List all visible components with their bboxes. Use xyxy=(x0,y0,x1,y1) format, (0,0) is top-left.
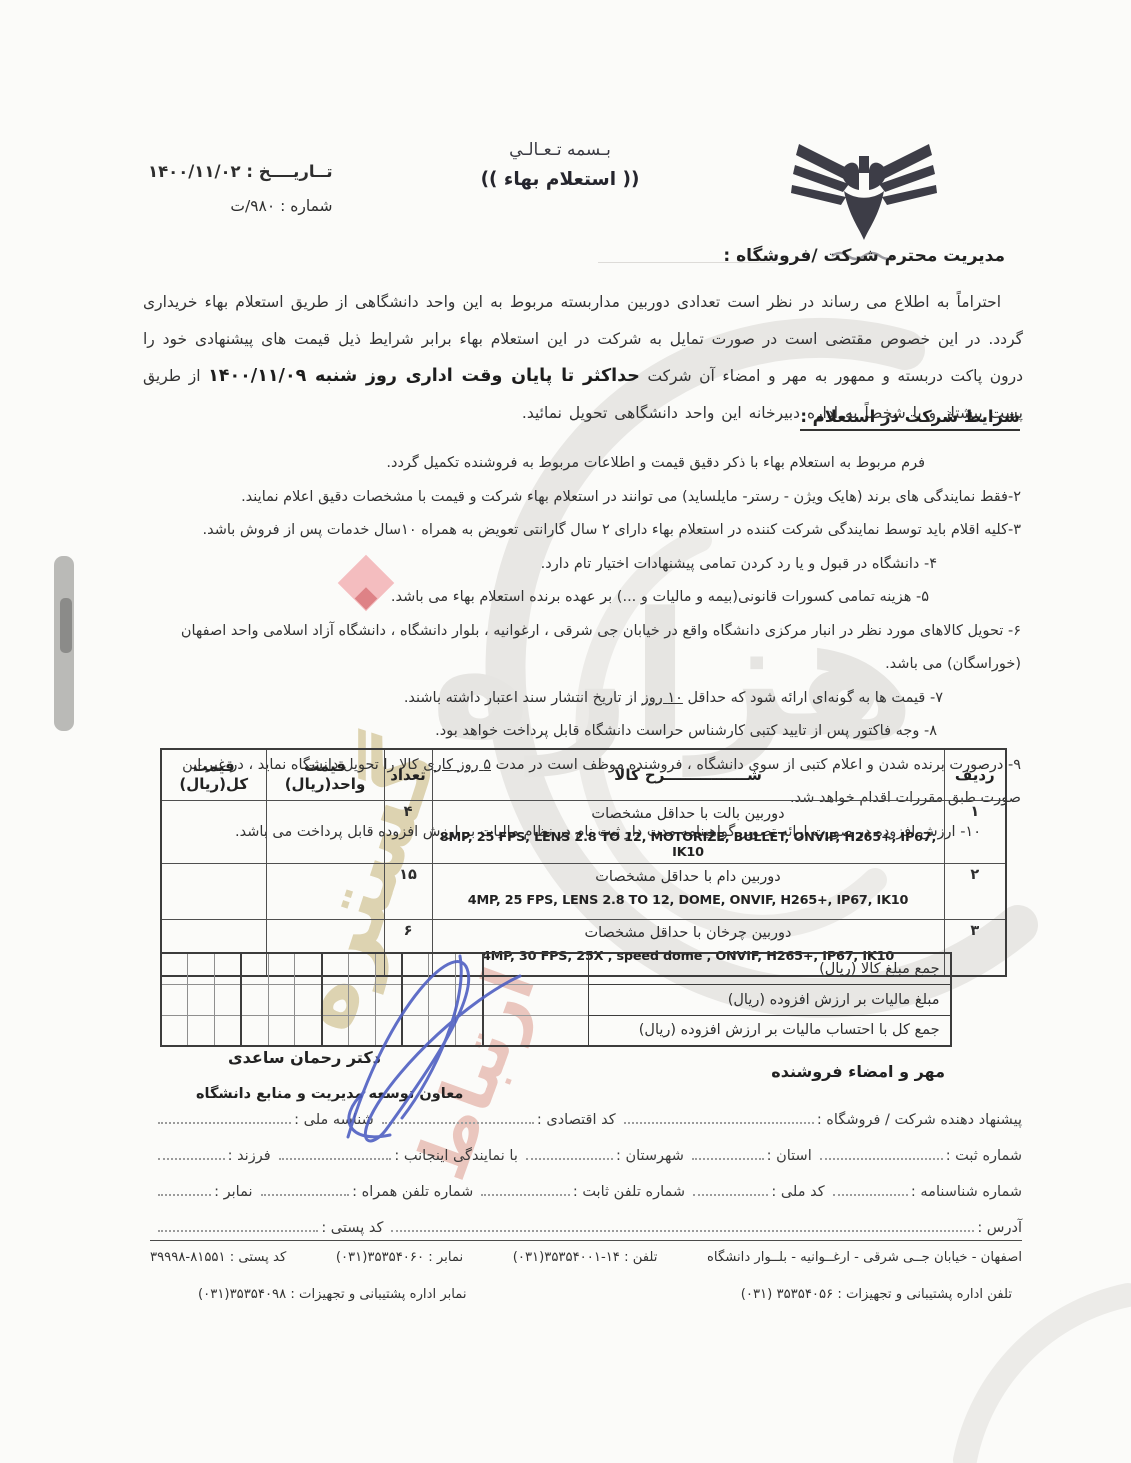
letter-heading: بـسمه تـعـالـي (( استعلام بهاء )) xyxy=(400,140,720,190)
amount-digit-cell[interactable] xyxy=(188,1015,215,1046)
form-field-blank[interactable] xyxy=(820,1154,943,1160)
footer-support-phone: تلفن اداره پشتیبانی و تجهیزات : ۳۵۳۵۴۰۵۶… xyxy=(741,1287,1012,1302)
besmele-text: بـسمه تـعـالـي xyxy=(400,140,720,160)
form-field-label: شماره تلفن همراه : xyxy=(352,1184,473,1200)
column-header-quantity: تعداد xyxy=(384,749,432,801)
form-field-label: شماره ثبت : xyxy=(946,1148,1022,1164)
addressee-line: مدیریت محترم شرکت /فروشگاه : xyxy=(723,246,1005,266)
letter-meta: تــاريــــخ : ۱۴۰۰/۱۱/۰۲ شماره : ۹۸۰/ت xyxy=(148,162,333,215)
letter-date: تــاريــــخ : ۱۴۰۰/۱۱/۰۲ xyxy=(148,162,333,181)
form-field-label: شهرستان : xyxy=(616,1148,684,1164)
total-price-blank[interactable] xyxy=(161,864,266,920)
row-number: ۳ xyxy=(944,920,1006,976)
amount-digit-cell[interactable] xyxy=(215,1015,242,1046)
form-field-blank[interactable] xyxy=(158,1118,291,1124)
condition-item: ۶- تحویل کالاهای مورد نظر در انبار مرکزی… xyxy=(143,615,1021,682)
condition-item: ۸- وجه فاکتور پس از تایید کتبی کارشناس ح… xyxy=(143,715,1021,749)
amount-digit-cell[interactable] xyxy=(241,953,268,984)
form-line: شماره شناسنامه :کد ملی :شماره تلفن ثابت … xyxy=(150,1174,1022,1200)
column-header-description: شــــــــــــــــرح کالا xyxy=(432,749,944,801)
amount-digit-cell[interactable] xyxy=(161,984,188,1015)
amount-digit-cell[interactable] xyxy=(268,984,295,1015)
addressee-blank-rule xyxy=(598,262,778,263)
footer-support-fax: نمابر اداره پشتیبانی و تجهیزات : ۳۵۳۵۴۰۹… xyxy=(198,1287,467,1302)
items-table-header: ردیفشــــــــــــــــرح کالاتعدادقیمت وا… xyxy=(161,749,1006,801)
amount-digit-cell[interactable] xyxy=(268,953,295,984)
conditions-title: شرایط شرکت در استعلام : xyxy=(800,407,1020,431)
letter-number: شماره : ۹۸۰/ت xyxy=(148,197,333,215)
signature-ink xyxy=(318,942,598,1157)
column-header-unit-price: قیمت واحد(ریال) xyxy=(266,749,384,801)
condition-item: ۷- قیمت ها به گونه‌ای ارائه شود که حداقل… xyxy=(143,682,1021,716)
total-row-label: جمع مبلغ کالا (ریال) xyxy=(589,953,951,984)
footer-support-line: تلفن اداره پشتیبانی و تجهیزات : ۳۵۳۵۴۰۵۶… xyxy=(150,1287,1022,1302)
total-price-blank[interactable] xyxy=(161,801,266,864)
item-quantity: ۴ xyxy=(384,801,432,864)
amount-digit-cell[interactable] xyxy=(161,1015,188,1046)
footer-fax: نمابر : ۳۵۳۵۴۰۶۰(۰۳۱) xyxy=(336,1250,463,1265)
condition-item: ۵- هزینه تمامی کسورات قانونی(بیمه و مالی… xyxy=(143,581,1021,615)
form-field-blank[interactable] xyxy=(158,1190,211,1196)
form-field-blank[interactable] xyxy=(261,1190,350,1196)
amount-digit-cell[interactable] xyxy=(241,1015,268,1046)
row-number: ۲ xyxy=(944,864,1006,920)
form-field-label: نمابر : xyxy=(214,1184,252,1200)
form-field-blank[interactable] xyxy=(158,1154,225,1160)
form-field-blank[interactable] xyxy=(624,1118,814,1124)
form-field-label: کد ملی : xyxy=(771,1184,824,1200)
column-header-total-price: قیمت کل(ریال) xyxy=(161,749,266,801)
form-field-blank[interactable] xyxy=(158,1226,318,1232)
condition-item: ۲-فقط نمایندگی های برند (هایک ویژن - رست… xyxy=(143,481,1021,515)
amount-digit-cell[interactable] xyxy=(161,953,188,984)
form-field-label: استان : xyxy=(767,1148,812,1164)
form-line: آدرس :کد پستی : xyxy=(150,1210,1022,1236)
form-field-blank[interactable] xyxy=(692,1154,764,1160)
footer-postal-code: کد پستی : ۸۱۵۵۱-۳۹۹۹۸ xyxy=(150,1250,286,1265)
item-description: دوربین بالت با حداقل مشخصات8MP, 25 FPS, … xyxy=(432,801,944,864)
seller-seal-label: مهر و امضاء فروشنده xyxy=(771,1062,945,1081)
footer-address: اصفهان - خیابان جــی شرقی - ارغــوانیه -… xyxy=(707,1250,1022,1265)
footer-phone: تلفن : ۱۴-۳۵۳۵۴۰۰۱(۰۳۱) xyxy=(513,1250,658,1265)
item-title: دوربین دام با حداقل مشخصات xyxy=(437,867,940,885)
item-description: دوربین دام با حداقل مشخصات4MP, 25 FPS, L… xyxy=(432,864,944,920)
document-title: (( استعلام بهاء )) xyxy=(400,169,720,190)
unit-price-blank[interactable] xyxy=(266,801,384,864)
amount-digit-cell[interactable] xyxy=(188,953,215,984)
scanned-letter-page: هزاره گستره ارتباط تــاريــــخ : ۱۴۰۰/۱۱… xyxy=(0,0,1131,1463)
form-field-blank[interactable] xyxy=(391,1226,974,1232)
form-field-blank[interactable] xyxy=(833,1190,908,1196)
condition-item: ۳-کلیه اقلام باید توسط نمایندگی شرکت کنن… xyxy=(143,514,1021,548)
form-field-label: پیشنهاد دهنده شرکت / فروشگاه : xyxy=(817,1112,1022,1128)
amount-digit-cell[interactable] xyxy=(188,984,215,1015)
item-spec: 8MP, 25 FPS, LENS 2.8 TO 12, MOTORIZE, B… xyxy=(437,830,940,860)
total-row-label: جمع کل با احتساب مالیات بر ارزش افزوده (… xyxy=(589,1015,951,1046)
form-field-label: کد پستی : xyxy=(321,1220,383,1236)
form-field-label: شماره تلفن ثابت : xyxy=(573,1184,685,1200)
form-field-label: شماره شناسنامه : xyxy=(911,1184,1022,1200)
item-title: دوربین چرخان با حداقل مشخصات xyxy=(437,923,940,941)
amount-digit-cell[interactable] xyxy=(215,984,242,1015)
condition-item: فرم مربوط به استعلام بهاء با ذکر دقیق قی… xyxy=(143,447,1021,481)
row-number: ۱ xyxy=(944,801,1006,864)
unit-price-blank[interactable] xyxy=(266,864,384,920)
footer-divider xyxy=(150,1240,1022,1241)
footer-address-line: اصفهان - خیابان جــی شرقی - ارغــوانیه -… xyxy=(150,1250,1022,1265)
condition-item: ۴- دانشگاه در قبول و یا رد کردن تمامی پی… xyxy=(143,548,1021,582)
item-spec: 4MP, 25 FPS, LENS 2.8 TO 12, DOME, ONVIF… xyxy=(437,893,940,908)
item-row: ۲دوربین دام با حداقل مشخصات4MP, 25 FPS, … xyxy=(161,864,1006,920)
form-field-label: آدرس : xyxy=(977,1220,1022,1236)
item-title: دوربین بالت با حداقل مشخصات xyxy=(437,804,940,822)
deadline-text: حداکثر تا پایان وقت اداری روز شنبه ۱۴۰۰/… xyxy=(208,366,640,386)
column-header-row: ردیف xyxy=(944,749,1006,801)
item-row: ۱دوربین بالت با حداقل مشخصات8MP, 25 FPS,… xyxy=(161,801,1006,864)
total-row-label: مبلغ مالیات بر ارزش افزوده (ریال) xyxy=(589,984,951,1015)
amount-digit-cell[interactable] xyxy=(241,984,268,1015)
form-field-blank[interactable] xyxy=(693,1190,768,1196)
item-quantity: ۱۵ xyxy=(384,864,432,920)
amount-digit-cell[interactable] xyxy=(268,1015,295,1046)
amount-digit-cell[interactable] xyxy=(215,953,242,984)
form-field-label: فرزند : xyxy=(228,1148,271,1164)
form-field-blank[interactable] xyxy=(481,1190,570,1196)
